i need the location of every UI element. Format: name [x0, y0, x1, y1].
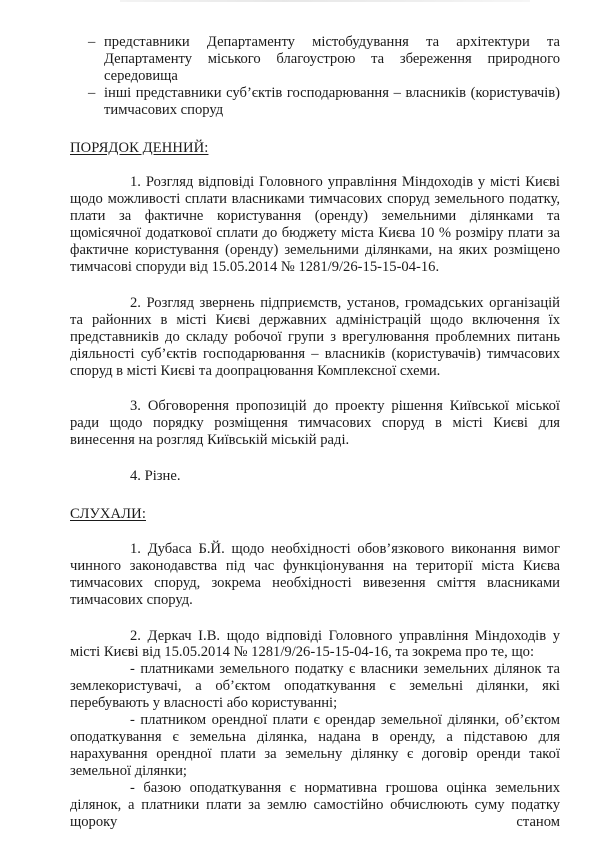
agenda-item-4: 4. Різне. [70, 468, 560, 485]
attendee-text: інші представники суб’єктів господарюван… [104, 85, 560, 118]
agenda-item-1: 1. Розгляд відповіді Головного управлінн… [70, 174, 560, 275]
heard-item-2: 2. Деркач І.В. щодо відповіді Головного … [70, 628, 560, 662]
agenda-heading: ПОРЯДОК ДЕННИЙ: [70, 140, 560, 157]
heard-item-1: 1. Дубаса Б.Й. щодо необхідності обов’яз… [70, 541, 560, 609]
dash-marker: – [88, 34, 95, 51]
scan-edge-artifact [120, 0, 530, 2]
heard-subpoint-2: - платником орендної плати є орендар зем… [70, 712, 560, 780]
agenda-item-3: 3. Обговорення пропозицій до проекту ріш… [70, 398, 560, 449]
agenda-item-2: 2. Розгляд звернень підприємств, установ… [70, 295, 560, 380]
heard-heading: СЛУХАЛИ: [70, 506, 560, 523]
document-page: – представники Департаменту містобудуван… [70, 34, 560, 830]
attendee-text: представники Департаменту містобудування… [104, 34, 560, 84]
heard-subpoint-3: - базою оподаткування є нормативна грошо… [70, 780, 560, 831]
attendees-list: – представники Департаменту містобудуван… [70, 34, 560, 119]
attendee-item: – представники Департаменту містобудуван… [70, 34, 560, 85]
heard-subpoint-1: - платниками земельного податку є власни… [70, 661, 560, 712]
dash-marker: – [88, 85, 95, 102]
attendee-item: – інші представники суб’єктів господарюв… [70, 85, 560, 119]
